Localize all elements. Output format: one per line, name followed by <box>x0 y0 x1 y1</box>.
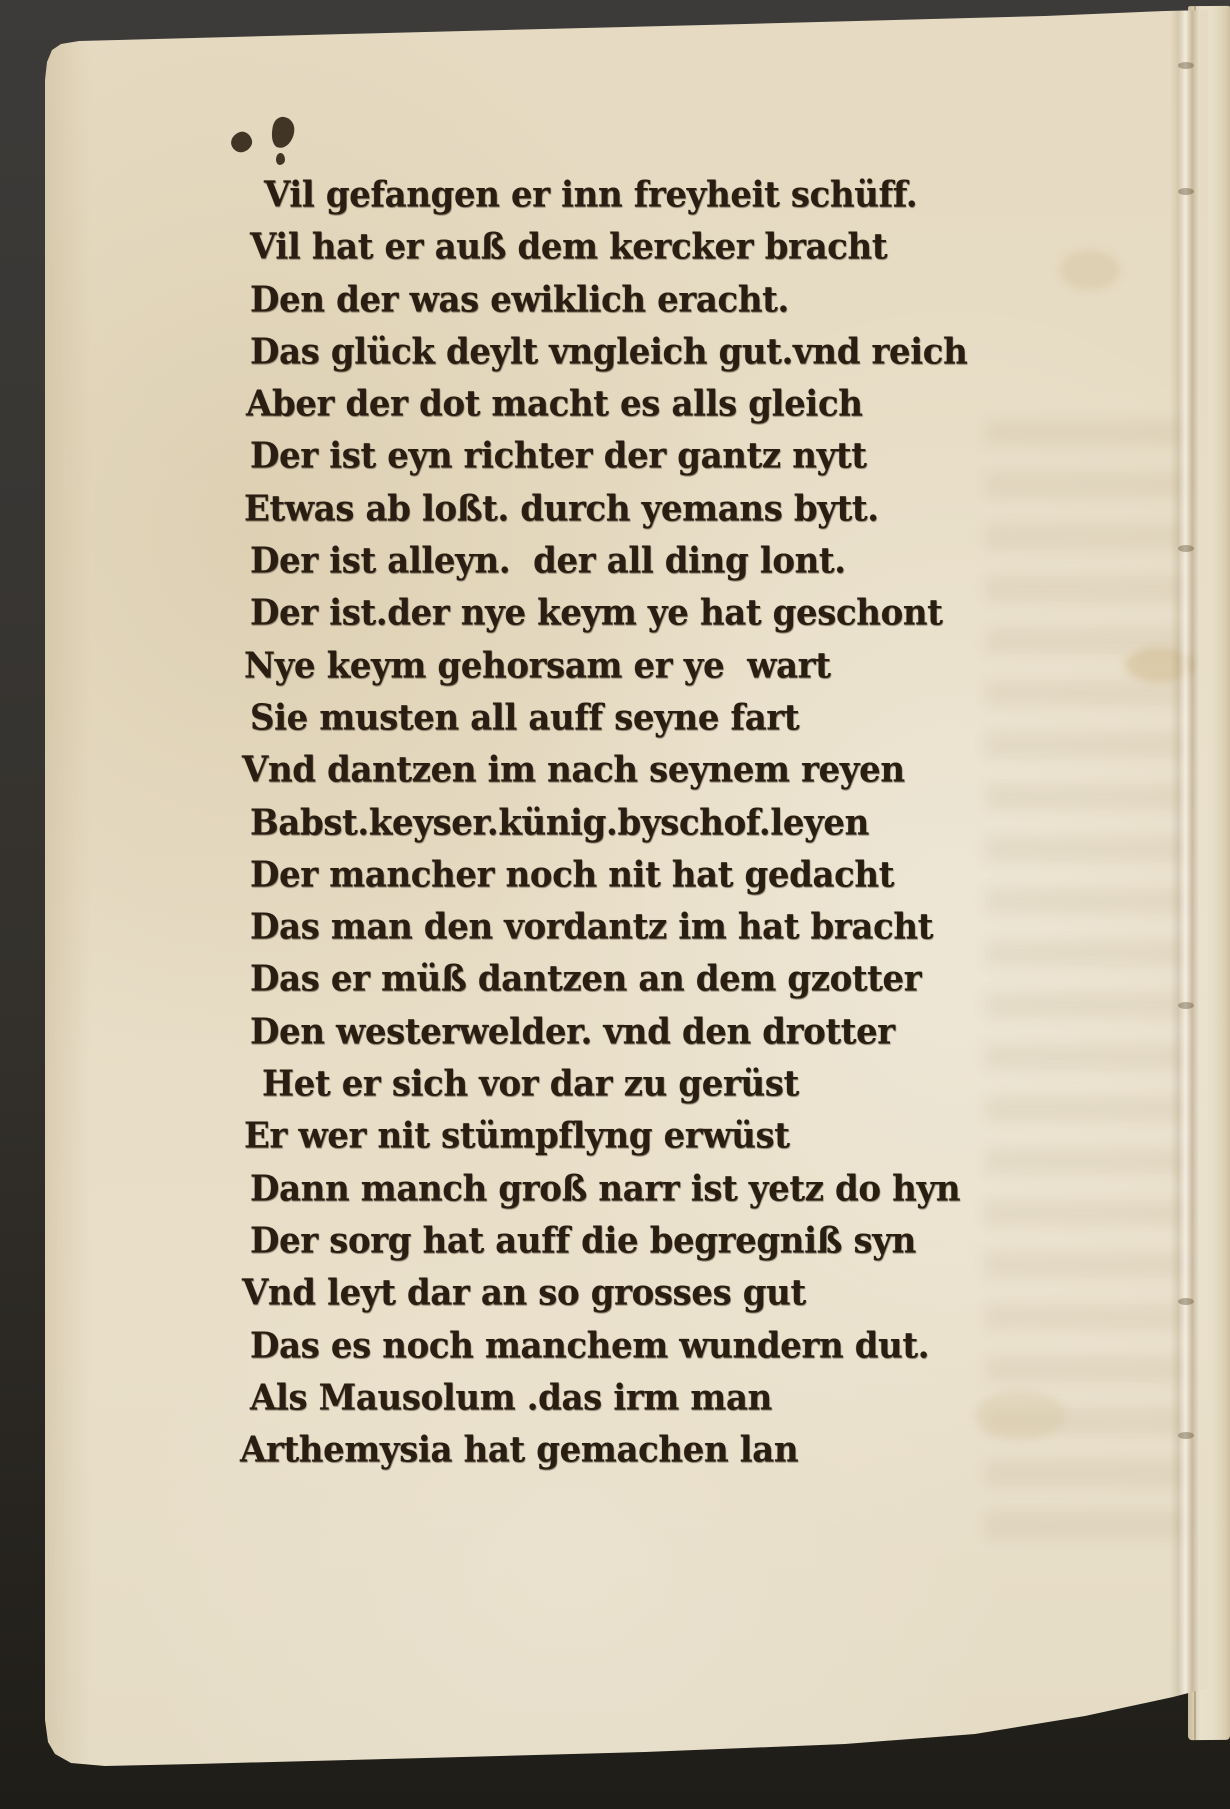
poem-line: Nye keym gehorsam er ye wart <box>244 639 1010 693</box>
poem-line: Etwas ab loßt. durch yemans bytt. <box>244 482 1010 536</box>
binding-notch <box>1178 1298 1194 1305</box>
poem-text-block: Vil gefangen er inn freyheit schüff.Vil … <box>250 168 1010 1475</box>
poem-line: Vil gefangen er inn freyheit schüff. <box>264 168 1010 222</box>
poem-line: Den westerwelder. vnd den drotter <box>250 1005 1010 1059</box>
ink-blot <box>276 153 285 165</box>
poem-line: Das er müß dantzen an dem gzotter <box>250 952 1010 1006</box>
poem-line: Der ist alleyn. der all ding lont. <box>250 534 1010 588</box>
page-crease <box>1170 0 1200 1780</box>
poem-line: Vil hat er auß dem kercker bracht <box>250 220 1010 274</box>
ink-blot <box>228 129 254 155</box>
poem-line: Der sorg hat auff die begregniß syn <box>250 1214 1010 1268</box>
poem-line: Aber der dot macht es alls gleich <box>246 377 1010 431</box>
verso-show-through <box>985 420 1185 1540</box>
ink-blot <box>270 116 296 150</box>
book-page: Vil gefangen er inn freyheit schüff.Vil … <box>45 0 1208 1780</box>
poem-line: Den der was ewiklich eracht. <box>250 273 1010 327</box>
poem-line: Als Mausolum .das irm man <box>250 1371 1010 1425</box>
poem-line: Sie musten all auff seyne fart <box>250 691 1010 745</box>
binding-notch <box>1178 188 1194 195</box>
binding-notch <box>1178 545 1194 552</box>
binding-notch <box>1178 1432 1194 1439</box>
poem-line: Arthemysia hat gemachen lan <box>240 1423 1010 1477</box>
poem-line: Vnd leyt dar an so grosses gut <box>242 1266 1010 1320</box>
poem-line: Das man den vordantz im hat bracht <box>250 900 1010 954</box>
poem-line: Der ist.der nye keym ye hat geschont <box>250 586 1010 640</box>
scanned-book-page-screenshot: Vil gefangen er inn freyheit schüff.Vil … <box>0 0 1230 1809</box>
poem-line: Der mancher noch nit hat gedacht <box>250 848 1010 902</box>
poem-line: Der ist eyn richter der gantz nytt <box>250 429 1010 483</box>
poem-line: Het er sich vor dar zu gerüst <box>262 1057 1010 1111</box>
poem-line: Babst.keyser.künig.byschof.leyen <box>250 796 1010 850</box>
paper-stain <box>1060 250 1120 290</box>
poem-line: Das glück deylt vngleich gut.vnd reich <box>250 325 1010 379</box>
poem-line: Vnd dantzen im nach seynem reyen <box>242 743 1010 797</box>
poem-line: Dann manch groß narr ist yetz do hyn <box>250 1162 1010 1216</box>
poem-line: Er wer nit stümpflyng erwüst <box>244 1109 1010 1163</box>
binding-notch <box>1178 1002 1194 1009</box>
binding-notch <box>1178 62 1194 69</box>
poem-line: Das es noch manchem wundern dut. <box>250 1319 1010 1373</box>
